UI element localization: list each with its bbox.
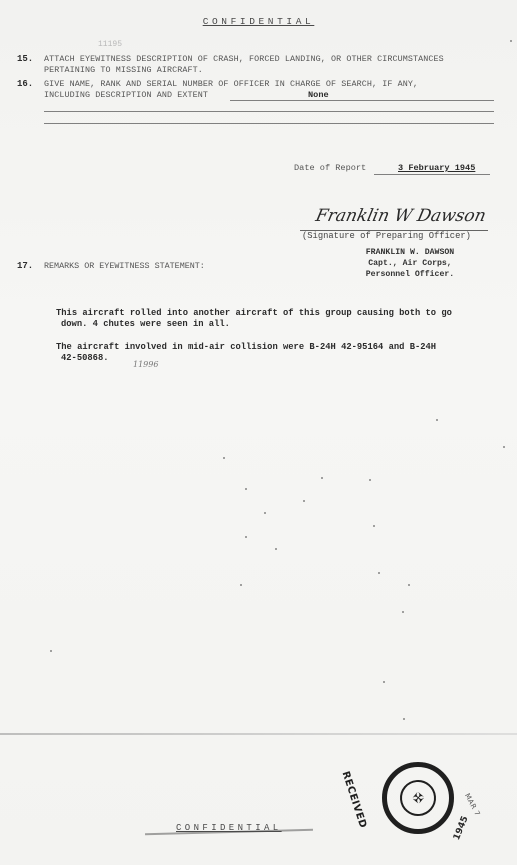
date-of-report-label: Date of Report (294, 163, 366, 173)
signature-caption: (Signature of Preparing Officer) (302, 231, 471, 241)
stamp-emblem-icon: ✠ (393, 773, 444, 824)
date-rule (374, 174, 490, 175)
speck (369, 479, 371, 481)
officer-rank: Capt., Air Corps, (350, 258, 470, 269)
handwritten-signature: Franklin W Dawson (314, 206, 488, 226)
item-15-line-1: ATTACH EYEWITNESS DESCRIPTION OF CRASH, … (44, 54, 444, 64)
speck (383, 681, 385, 683)
received-stamp-label: RECEIVED (340, 770, 369, 830)
stamp-year: 1945 (452, 815, 471, 842)
fold-crease (0, 733, 517, 735)
item-16-answer-rule (230, 100, 494, 101)
received-stamp: ✠ (382, 762, 454, 834)
date-of-report-value: 3 February 1945 (398, 163, 475, 173)
item-15-number: 15. (17, 54, 33, 64)
remarks-paragraph-1-line-2: down. 4 chutes were seen in all. (61, 319, 230, 330)
speck (503, 446, 505, 448)
remarks-paragraph-1-line-1: This aircraft rolled into another aircra… (56, 308, 452, 319)
remarks-label: REMARKS OR EYEWITNESS STATEMENT: (44, 261, 205, 271)
footer-classification: CONFIDENTIAL (176, 823, 282, 833)
speck (240, 584, 242, 586)
blank-rule-2 (44, 123, 494, 124)
speck (245, 488, 247, 490)
item-16-line-1: GIVE NAME, RANK AND SERIAL NUMBER OF OFF… (44, 79, 418, 89)
officer-name: FRANKLIN W. DAWSON (350, 247, 470, 258)
pencil-annotation: 11996 (133, 360, 158, 369)
speck (223, 457, 225, 459)
speck (321, 477, 323, 479)
officer-title: Personnel Officer. (350, 269, 470, 280)
item-17-number: 17. (17, 261, 33, 271)
speck (402, 611, 404, 613)
speck (510, 40, 512, 42)
speck (408, 584, 410, 586)
speck (264, 512, 266, 514)
blank-rule-1 (44, 111, 494, 112)
speck (245, 536, 247, 538)
item-16-number: 16. (17, 79, 33, 89)
item-16-answer: None (308, 90, 329, 100)
document-page: 11195 CONFIDENTIAL 15. ATTACH EYEWITNESS… (0, 0, 517, 865)
remarks-paragraph-2-line-1: The aircraft involved in mid-air collisi… (56, 342, 436, 353)
speck (436, 419, 438, 421)
speck (275, 548, 277, 550)
item-16-line-2: INCLUDING DESCRIPTION AND EXTENT (44, 90, 208, 100)
header-classification: CONFIDENTIAL (0, 16, 517, 27)
speck (303, 500, 305, 502)
item-15-line-2: PERTAINING TO MISSING AIRCRAFT. (44, 65, 203, 75)
stamp-month: MAR 7 (463, 792, 482, 818)
speck (50, 650, 52, 652)
speck (403, 718, 405, 720)
speck (373, 525, 375, 527)
bleed-through-text: 11195 (98, 40, 122, 49)
remarks-paragraph-2-line-2: 42-50868. (61, 353, 109, 364)
speck (378, 572, 380, 574)
